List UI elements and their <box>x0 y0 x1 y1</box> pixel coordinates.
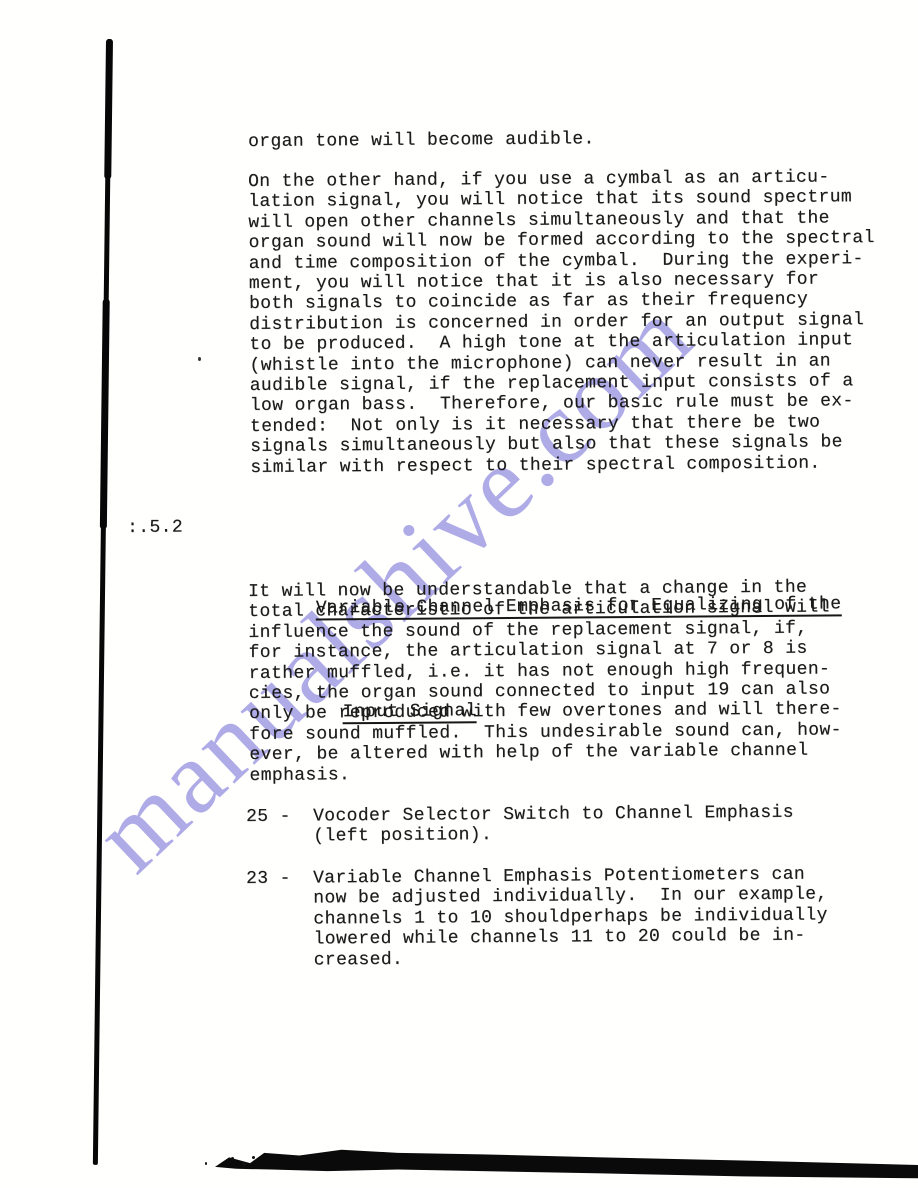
list-item-25-text: Vocoder Selector Switch to Channel Empha… <box>313 803 794 848</box>
scan-speck <box>205 1162 207 1165</box>
section-number: :.5.2 <box>127 518 183 539</box>
list-item-23: 23 - Variable Channel Emphasis Potentiom… <box>246 864 828 971</box>
scanned-manual-page: manualshive.com organ tone will become a… <box>0 0 918 1188</box>
scan-speck <box>231 1157 234 1160</box>
scan-bottom-smear-artifact <box>215 1146 918 1184</box>
list-item-23-text: Variable Channel Emphasis Potentiometers… <box>313 864 828 970</box>
scan-speck <box>252 1156 255 1159</box>
list-item-25: 25 - Vocoder Selector Switch to Channel … <box>246 803 794 848</box>
paragraph-1: organ tone will become audible. <box>248 129 595 152</box>
scan-speck <box>242 1162 246 1166</box>
list-item-25-number: 25 - <box>246 806 313 827</box>
paragraph-2: On the other hand, if you use a cymbal a… <box>248 167 877 478</box>
scan-speck <box>198 357 201 361</box>
paragraph-3: It will now be understandable that a cha… <box>248 577 842 786</box>
scan-edge-line-artifact <box>93 39 112 1165</box>
list-item-23-number: 23 - <box>246 868 313 889</box>
